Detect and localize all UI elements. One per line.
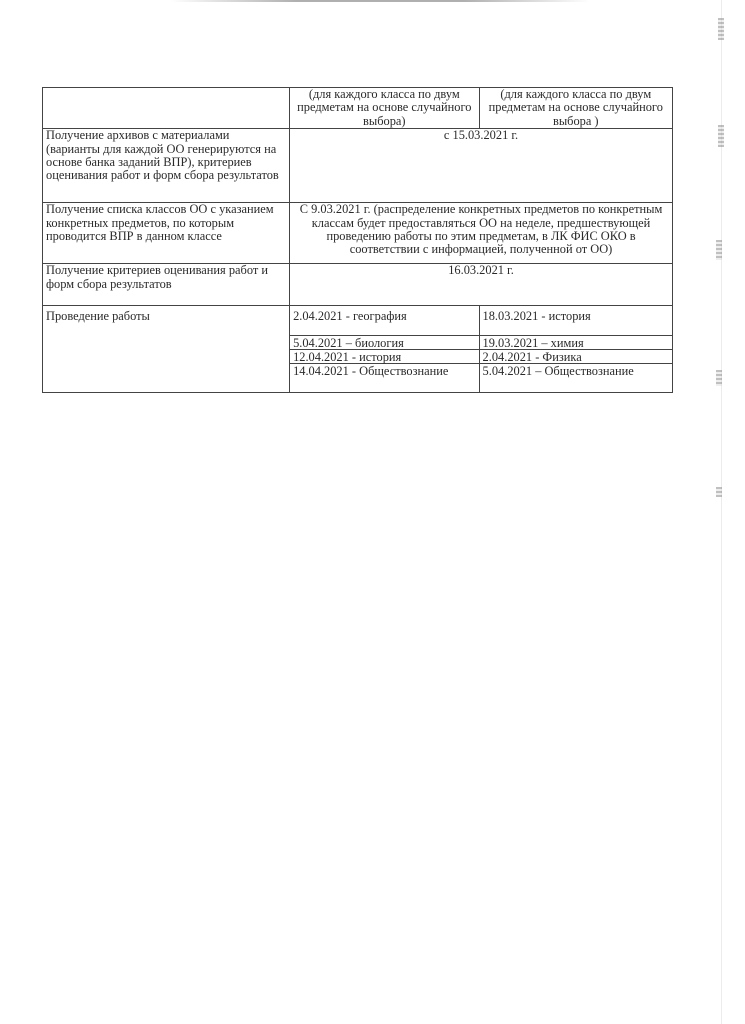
header-col2: (для каждого класса по двум предметам на… [290,88,479,129]
schedule-col2-item: 12.04.2021 - история [290,350,479,364]
scan-fold-line [721,0,722,1024]
schedule-col3-item: 19.03.2021 – химия [479,336,672,350]
scan-artifact [718,18,724,40]
conduct-label: Проведение работы [43,306,290,393]
row-value-archives: с 15.03.2021 г. [290,129,673,203]
schedule-row: Проведение работы 2.04.2021 - география … [43,306,673,336]
header-col3: (для каждого класса по двум предметам на… [479,88,672,129]
schedule-col3-item: 18.03.2021 - история [479,306,672,336]
schedule-table: (для каждого класса по двум предметам на… [42,87,673,393]
scan-artifact [716,370,722,386]
header-empty-cell [43,88,290,129]
schedule-col3-item: 2.04.2021 - Физика [479,350,672,364]
row-label-class-list: Получение списка классов ОО с указанием … [43,203,290,264]
schedule-col2-item: 2.04.2021 - география [290,306,479,336]
row-value-criteria: 16.03.2021 г. [290,264,673,306]
row-label-criteria: Получение критериев оценивания работ и ф… [43,264,290,306]
schedule-col2-item: 5.04.2021 – биология [290,336,479,350]
row-label-archives: Получение архивов с материалами (вариант… [43,129,290,203]
table-row: Получение критериев оценивания работ и ф… [43,264,673,306]
table-header-row: (для каждого класса по двум предметам на… [43,88,673,129]
scan-artifact [716,240,722,260]
scan-artifact [716,487,722,497]
scan-top-edge [170,0,590,2]
schedule-col3-item: 5.04.2021 – Обществознание [479,364,672,393]
table-row: Получение списка классов ОО с указанием … [43,203,673,264]
schedule-col2-item: 14.04.2021 - Обществознание [290,364,479,393]
scan-artifact [718,125,724,147]
table-row: Получение архивов с материалами (вариант… [43,129,673,203]
row-value-class-list: С 9.03.2021 г. (распределение конкретных… [290,203,673,264]
